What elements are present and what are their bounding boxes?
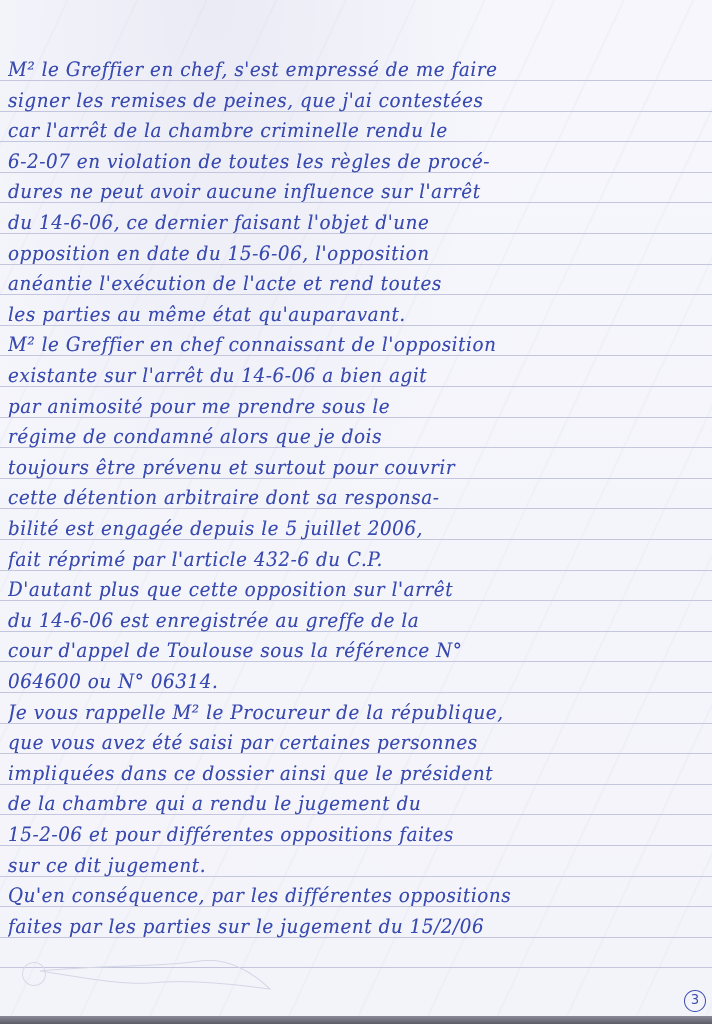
text-line: anéantie l'exécution de l'acte et rend t… xyxy=(8,269,670,299)
text-line: du 14-6-06 est enregistrée au greffe de … xyxy=(8,606,670,636)
text-line: bilité est engagée depuis le 5 juillet 2… xyxy=(8,514,670,544)
text-line: 15-2-06 et pour différentes oppositions … xyxy=(8,820,670,850)
text-line: que vous avez été saisi par certaines pe… xyxy=(8,728,670,758)
text-line: car l'arrêt de la chambre criminelle ren… xyxy=(8,116,670,146)
text-line: cour d'appel de Toulouse sous la référen… xyxy=(8,636,670,666)
scan-edge xyxy=(0,1016,712,1024)
text-line: cette détention arbitraire dont sa respo… xyxy=(8,483,670,513)
text-line: toujours être prévenu et surtout pour co… xyxy=(8,453,670,483)
text-line: les parties au même état qu'auparavant. xyxy=(8,300,670,330)
page-number: 3 xyxy=(684,990,706,1012)
text-line: dures ne peut avoir aucune influence sur… xyxy=(8,177,670,207)
text-line: de la chambre qui a rendu le jugement du xyxy=(8,789,670,819)
text-line: impliquées dans ce dossier ainsi que le … xyxy=(8,759,670,789)
text-line: M² le Greffier en chef, s'est empressé d… xyxy=(8,55,670,85)
faint-circle-mark xyxy=(22,962,46,986)
text-line: Qu'en conséquence, par les différentes o… xyxy=(8,881,670,911)
text-line: 6-2-07 en violation de toutes les règles… xyxy=(8,147,670,177)
text-line: faites par les parties sur le jugement d… xyxy=(8,912,670,942)
text-line: fait réprimé par l'article 432-6 du C.P. xyxy=(8,545,670,575)
text-line: sur ce dit jugement. xyxy=(8,851,670,881)
text-line: régime de condamné alors que je dois xyxy=(8,422,670,452)
text-line: M² le Greffier en chef connaissant de l'… xyxy=(8,330,670,360)
text-line: D'autant plus que cette opposition sur l… xyxy=(8,575,670,605)
faint-pen-mark xyxy=(40,955,280,995)
text-line: signer les remises de peines, que j'ai c… xyxy=(8,86,670,116)
text-line: existante sur l'arrêt du 14-6-06 a bien … xyxy=(8,361,670,391)
text-line: opposition en date du 15-6-06, l'opposit… xyxy=(8,239,670,269)
text-line: 064600 ou N° 06314. xyxy=(8,667,670,697)
text-line: par animosité pour me prendre sous le xyxy=(8,392,670,422)
letter-page: M² le Greffier en chef, s'est empressé d… xyxy=(0,0,712,1016)
text-line: Je vous rappelle M² le Procureur de la r… xyxy=(8,698,670,728)
text-line: du 14-6-06, ce dernier faisant l'objet d… xyxy=(8,208,670,238)
